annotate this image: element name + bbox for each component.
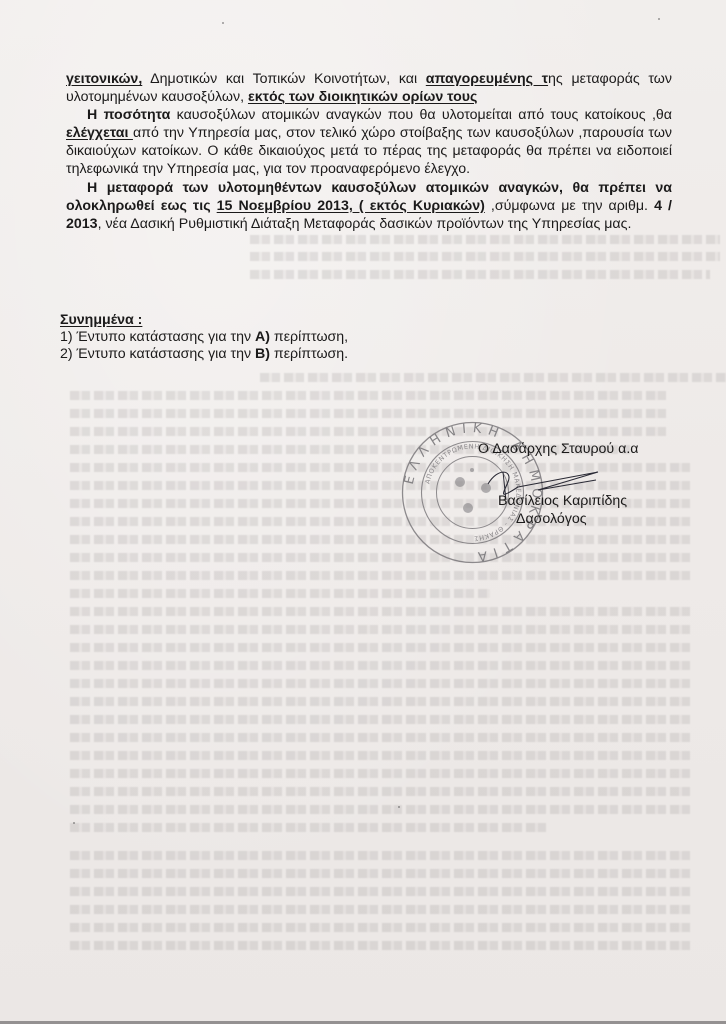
show-through-line: [70, 941, 690, 950]
show-through-line: [70, 805, 690, 814]
show-through-line: [70, 923, 690, 932]
paper-speck: [398, 806, 400, 808]
case-label: Α): [255, 329, 270, 345]
signatory-name: Βασίλειος Καριπίδης: [498, 492, 627, 510]
show-through-line: [70, 769, 690, 778]
show-through-line: [70, 625, 690, 634]
show-through-line: [70, 661, 690, 670]
text: Δημοτικών και Τοπικών Κοινοτήτων, και: [142, 71, 426, 87]
show-through-line: [70, 751, 690, 760]
show-through-line: [70, 851, 690, 860]
show-through-line: [70, 905, 690, 914]
show-through-line: [70, 715, 690, 724]
attachment-item: 1) Έντυπο κατάστασης για την Α) περίπτωσ…: [60, 329, 460, 346]
paper-speck: [73, 822, 75, 824]
paragraph-neighbouring-communities: γειτονικών, Δημοτικών και Τοπικών Κοινοτ…: [66, 70, 672, 106]
deadline-date: 15 Νοεμβρίου 2013, ( εκτός Κυριακών): [217, 198, 485, 214]
signatory-title: Ο Δασάρχης Σταυρού α.α: [478, 440, 638, 458]
attachments-section: Συνημμένα : 1) Έντυπο κατάστασης για την…: [60, 312, 460, 363]
text: 1) Έντυπο κατάστασης για την: [60, 329, 255, 345]
show-through-line: [70, 427, 670, 436]
show-through-line: [70, 887, 690, 896]
paper-speck: [658, 18, 660, 20]
show-through-line: [250, 252, 720, 261]
show-through-line: [70, 553, 690, 562]
show-through-line: [70, 607, 690, 616]
show-through-line: [70, 787, 690, 796]
text: ,σύμφωνα με την αριθμ.: [485, 198, 654, 214]
show-through-line: [70, 589, 490, 598]
show-through-line: [70, 679, 690, 688]
body-text: γειτονικών, Δημοτικών και Τοπικών Κοινοτ…: [66, 70, 672, 233]
show-through-line: [70, 823, 550, 832]
emphasis-text: ελέγχεται: [66, 125, 133, 141]
text: περίπτωση,: [270, 329, 348, 345]
show-through-line: [70, 697, 690, 706]
show-through-line: [70, 643, 690, 652]
show-through-line: [260, 373, 726, 382]
emphasis-text: Η ποσότητα: [87, 107, 170, 123]
show-through-line: [70, 733, 690, 742]
paper-speck: [222, 22, 224, 24]
case-label: Β): [255, 346, 270, 362]
paragraph-quantity-control: Η ποσότητα καυσοξύλων ατομικών αναγκών π…: [66, 106, 672, 178]
show-through-line: [70, 391, 670, 400]
show-through-line: [250, 235, 720, 244]
attachments-title: Συνημμένα :: [60, 312, 460, 329]
show-through-line: [70, 571, 690, 580]
text: από την Υπηρεσία μας, στον τελικό χώρο σ…: [66, 125, 672, 177]
paragraph-transport-deadline: Η μεταφορά των υλοτομηθέντων καυσοξύλων …: [66, 179, 672, 233]
show-through-line: [70, 517, 690, 526]
emphasis-text: απαγορευμένης τ: [426, 71, 548, 87]
attachment-item: 2) Έντυπο κατάστασης για την Β) περίπτωσ…: [60, 346, 460, 363]
show-through-line: [70, 535, 690, 544]
text: καυσοξύλων ατομικών αναγκών που θα υλοτο…: [170, 107, 672, 123]
text: 2) Έντυπο κατάστασης για την: [60, 346, 255, 362]
show-through-line: [70, 409, 670, 418]
text: περίπτωση.: [270, 346, 348, 362]
signatory-role: Δασολόγος: [516, 510, 587, 528]
scanned-page: γειτονικών, Δημοτικών και Τοπικών Κοινοτ…: [0, 0, 726, 1024]
show-through-line: [70, 869, 690, 878]
text: , νέα Δασική Ρυθμιστική Διάταξη Μεταφορά…: [98, 216, 632, 232]
emphasis-text: εκτός των διοικητικών ορίων τους: [248, 89, 477, 105]
show-through-line: [250, 270, 710, 279]
emphasis-text: γειτονικών,: [66, 71, 142, 87]
